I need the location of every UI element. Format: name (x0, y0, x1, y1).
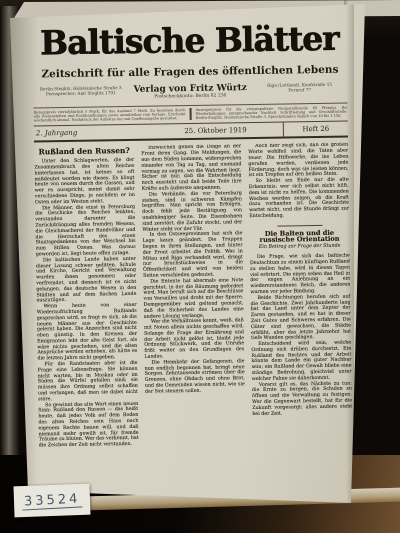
issue-date: 25. Oktober 1919 (148, 126, 283, 136)
issue-number: Heft 26 (283, 122, 348, 137)
volume-label: 2. Jahrgang (34, 128, 148, 138)
publisher-address-left: Berlin-Steglitz, Holsteinische Straße 3 … (33, 85, 128, 96)
notice-left: Bezugspreis vierteljährlich 5 Mark, für … (34, 108, 186, 123)
article-heading-2-line2: Ein Beitrag zur Frage der Stunde (250, 244, 350, 251)
column-3: Auch hier zeigt sich, daß die großen Wor… (248, 143, 353, 495)
column-3-bottom-text: Die Frage, wie sich das baltische Deutsc… (250, 254, 353, 418)
volume-date-issue-row: 2. Jahrgang 25. Oktober 1919 Heft 26 (34, 121, 348, 143)
column-1: Rußland den Russen? Unter den Schlagwort… (34, 146, 139, 498)
column-3-top-text: Auch hier zeigt sich, daß die großen Wor… (248, 143, 349, 220)
article-heading-1: Rußland den Russen? (34, 148, 134, 155)
column-2: Inzwischen gehen die Dinge an der Front … (141, 145, 246, 497)
publisher-center: Verlag von Fritz Würtz Postscheckkonto: … (128, 83, 252, 100)
page-content: Baltische Blätter Zeitschrift für alle F… (32, 10, 354, 505)
masthead-subtitle: Zeitschrift für alle Fragen des öffentli… (33, 64, 347, 81)
inventory-number: 33524 (21, 491, 82, 510)
article-heading-2-line1: Die Balten und die russische Orientation (249, 230, 349, 243)
article-columns: Rußland den Russen? Unter den Schlagwort… (34, 143, 353, 498)
publisher-left-line2: Fernsprecher: Amt Steglitz 1791 (33, 90, 128, 96)
section-divider-rule (277, 225, 322, 227)
column-2-text: Inzwischen gehen die Dinge an der Front … (141, 145, 245, 396)
library-inventory-sticker: 33524 (13, 484, 90, 518)
publisher-address-right: Riga (Lettland), Kaufstraße 15 Fernruf 7… (252, 82, 347, 93)
photo-of-bound-periodical: Baltische Blätter Zeitschrift für alle F… (0, 0, 400, 533)
publisher-row: Berlin-Steglitz, Holsteinische Straße 3 … (33, 82, 347, 102)
newspaper-page: Baltische Blätter Zeitschrift für alle F… (4, 2, 368, 508)
subscription-notice-strip: Bezugspreis vierteljährlich 5 Mark, für … (33, 102, 347, 123)
masthead-title: Baltische Blätter (32, 22, 346, 60)
notice-divider (190, 107, 192, 120)
notice-right: Anzeigenpreis für die viergespaltene Non… (195, 105, 347, 120)
column-1-text: Unter den Schlagworten, die der Zusammen… (34, 158, 139, 449)
